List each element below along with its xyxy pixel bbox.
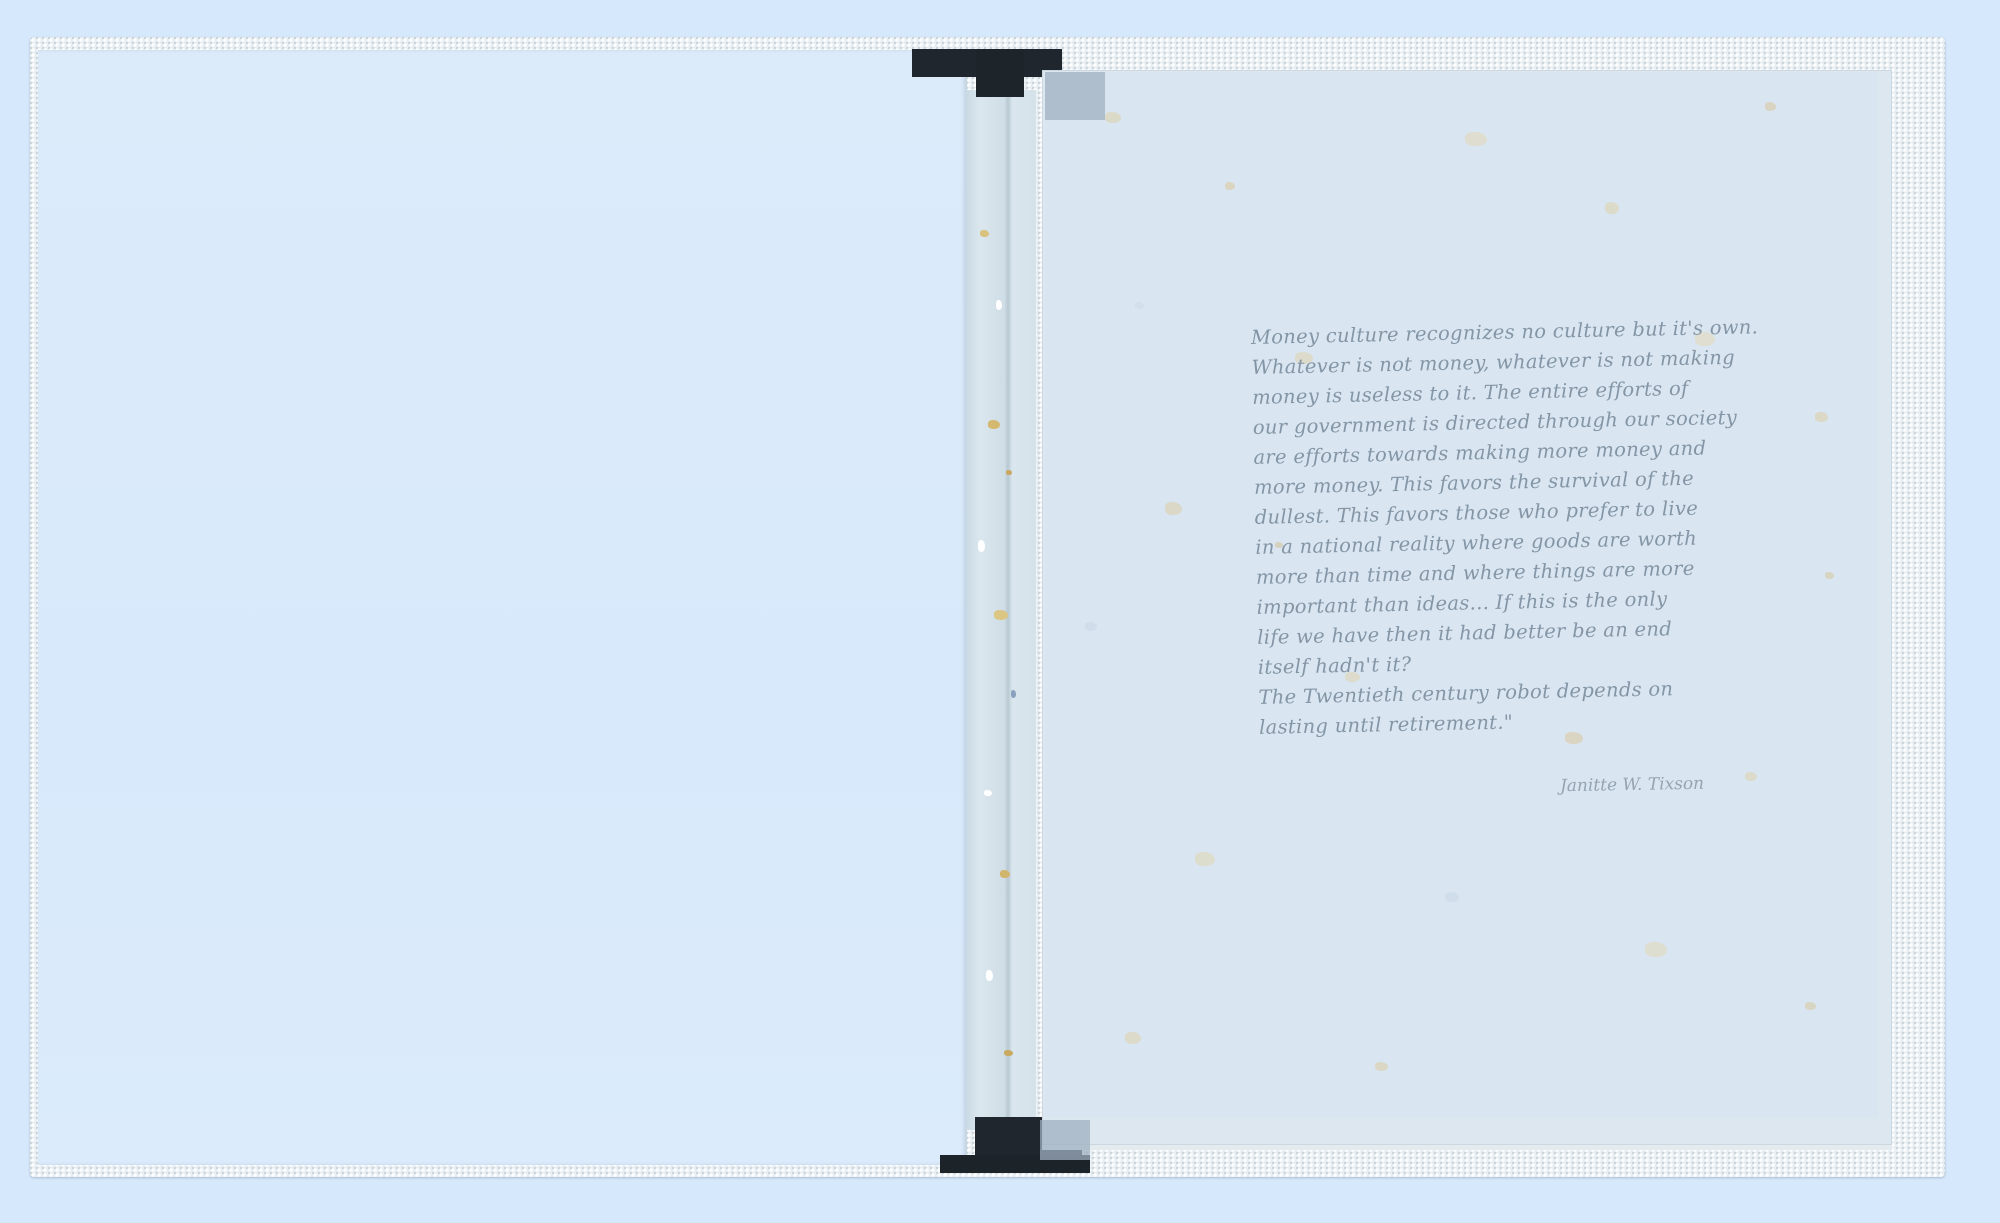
spine-tape-top-drop [976,49,1024,97]
corner-tab-top-left [1045,72,1105,120]
left-blank-page [38,50,966,1165]
signature: Janitte W. Tixson [1560,774,1704,797]
book-spine [966,90,1036,1130]
handwritten-quote: Money culture recognizes no culture but … [1251,313,1730,743]
corner-tab-bottom-left [1040,1120,1090,1160]
